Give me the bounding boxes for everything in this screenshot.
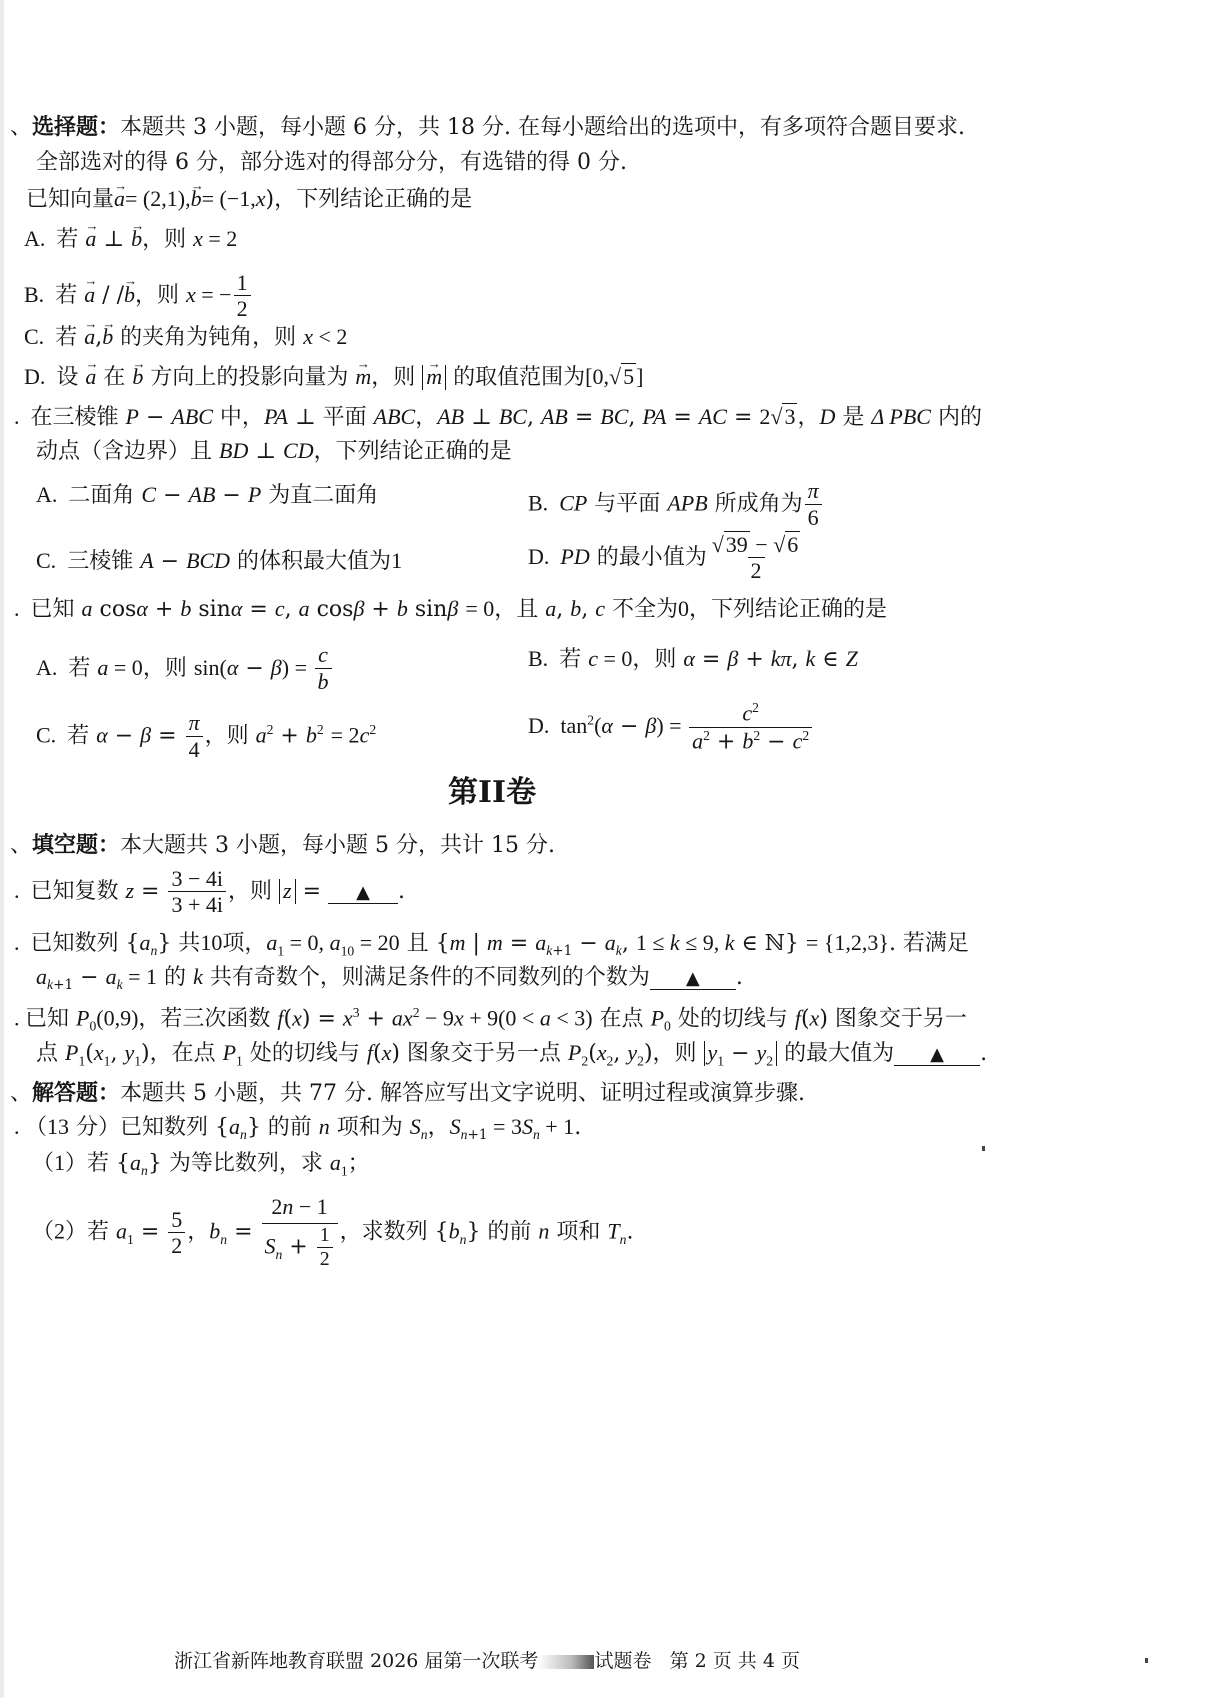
section2-header: 、填空题：本大题共 3 小题，每小题 5 分，共计 15 分.	[10, 834, 555, 857]
section-marker: 、	[10, 1081, 32, 1106]
q11-option-a: A. 若 a = 0，则 sin(α − β) = cb	[36, 642, 334, 696]
q10-option-d: D. PD 的最小值为√39 − √62	[528, 532, 805, 584]
q14-line1: . 已知 P0(0,9)，若三次函数 f(x) = x3 + ax2 − 9x …	[14, 1006, 967, 1033]
footer-paper-label: 试题卷	[594, 1650, 651, 1672]
section3-header: 、解答题：本题共 5 小题，共 77 分. 解答应写出文字说明、证明过程或演算步…	[10, 1082, 805, 1105]
q11-option-c: C. 若 α − β = π4，则 a2 + b2 = 2c2	[36, 710, 376, 763]
q9-option-b: B. 若 a / /b，则 x = −12	[24, 270, 253, 322]
q10-option-b: B. CP 与平面 APB 所成角为π6	[528, 478, 824, 531]
answer-blank[interactable]: ▲	[650, 969, 736, 990]
redacted-subject	[538, 1655, 594, 1669]
q15-part1: （1）若 {an} 为等比数列，求 a1；	[32, 1152, 370, 1179]
answer-blank[interactable]: ▲	[894, 1045, 980, 1066]
q13-line1: . 已知数列 {an} 共10项，a1 = 0, a10 = 20 且 {m |…	[14, 932, 969, 959]
q9-stem: 已知向量a= (2,1),b= (−1,x)，下列结论正确的是	[26, 188, 472, 211]
q10-stem-line1: . 在三棱锥 P − ABC 中，PA ⊥ 平面 ABC，AB ⊥ BC, AB…	[14, 406, 982, 429]
section1-instructions-2: 全部选对的得 6 分，部分选对的得部分分，有选错的得 0 分.	[36, 152, 627, 174]
q11-option-b: B. 若 c = 0，则 α = β + kπ, k ∈ Z	[528, 648, 858, 671]
q9-option-c: C. 若 a,b 的夹角为钝角，则 x < 2	[24, 326, 347, 349]
scan-speck	[1145, 1658, 1148, 1663]
section-heading: 填空题：	[32, 832, 120, 858]
q13-line2: ak+1 − ak = 1 的 k 共有奇数个，则满足条件的不同数列的个数为▲.	[36, 966, 743, 993]
section-instructions: 本大题共 3 小题，每小题 5 分，共计 15 分.	[120, 833, 555, 858]
q11-stem: . 已知 a cosα + b sinα = c, a cosβ + b sin…	[14, 598, 887, 621]
q15-stem: . （13 分）已知数列 {an} 的前 n 项和为 Sn，Sn+1 = 3Sn…	[14, 1116, 581, 1143]
answer-blank[interactable]: ▲	[328, 883, 398, 904]
section-marker: 、	[10, 115, 32, 140]
section-heading: 选择题：	[32, 114, 120, 140]
section-instructions: 本题共 3 小题，每小题 6 分，共 18 分. 在每小题给出的选项中，有多项符…	[120, 115, 965, 140]
q15-part2: （2）若 a1 = 52，bn = 2n − 1Sn + 12，求数列 {bn}…	[32, 1194, 633, 1271]
q9-stem-prefix: 已知向量	[26, 187, 114, 212]
section1-header: 、选择题：本题共 3 小题，每小题 6 分，共 18 分. 在每小题给出的选项中…	[10, 116, 965, 139]
q9-vector-b: = (−1,	[202, 186, 256, 211]
scan-speck	[982, 1146, 985, 1151]
q9-vector-a: = (2,1),	[125, 186, 191, 211]
footer-exam-name: 浙江省新阵地教育联盟 2026 届第一次联考	[174, 1650, 538, 1672]
q9-option-a: A. 若 a ⊥ b，则 x = 2	[24, 228, 237, 251]
section-heading: 解答题：	[32, 1080, 120, 1106]
section-marker: 、	[10, 833, 32, 858]
part2-title: 第II卷	[448, 778, 536, 808]
footer: 浙江省新阵地教育联盟 2026 届第一次联考试题卷 第 2 页 共 4 页	[174, 1652, 800, 1671]
q10-stem-line2: 动点（含边界）且 BD ⊥ CD，下列结论正确的是	[36, 440, 512, 463]
section-instructions: 本题共 5 小题，共 77 分. 解答应写出文字说明、证明过程或演算步骤.	[120, 1081, 805, 1106]
q10-option-a: A. 二面角 C − AB − P 为直二面角	[36, 484, 378, 507]
q9-stem-suffix: )，下列结论正确的是	[265, 187, 472, 212]
q9-option-d: D. 设 a 在 b 方向上的投影向量为 m，则 m 的取值范围为[0,√5]	[24, 366, 643, 389]
q10-option-c: C. 三棱锥 A − BCD 的体积最大值为1	[36, 550, 402, 573]
q14-line2: 点 P1(x1, y1)，在点 P1 处的切线与 f(x) 图象交于另一点 P2…	[36, 1042, 987, 1068]
q12: . 已知复数 z = 3 − 4i3 + 4i，则 z = ▲.	[14, 866, 405, 918]
q11-option-d: D. tan2(α − β) = c2a2 + b2 − c2	[528, 700, 814, 754]
footer-page-number: 第 2 页 共 4 页	[670, 1650, 800, 1672]
page-edge	[0, 0, 4, 1698]
